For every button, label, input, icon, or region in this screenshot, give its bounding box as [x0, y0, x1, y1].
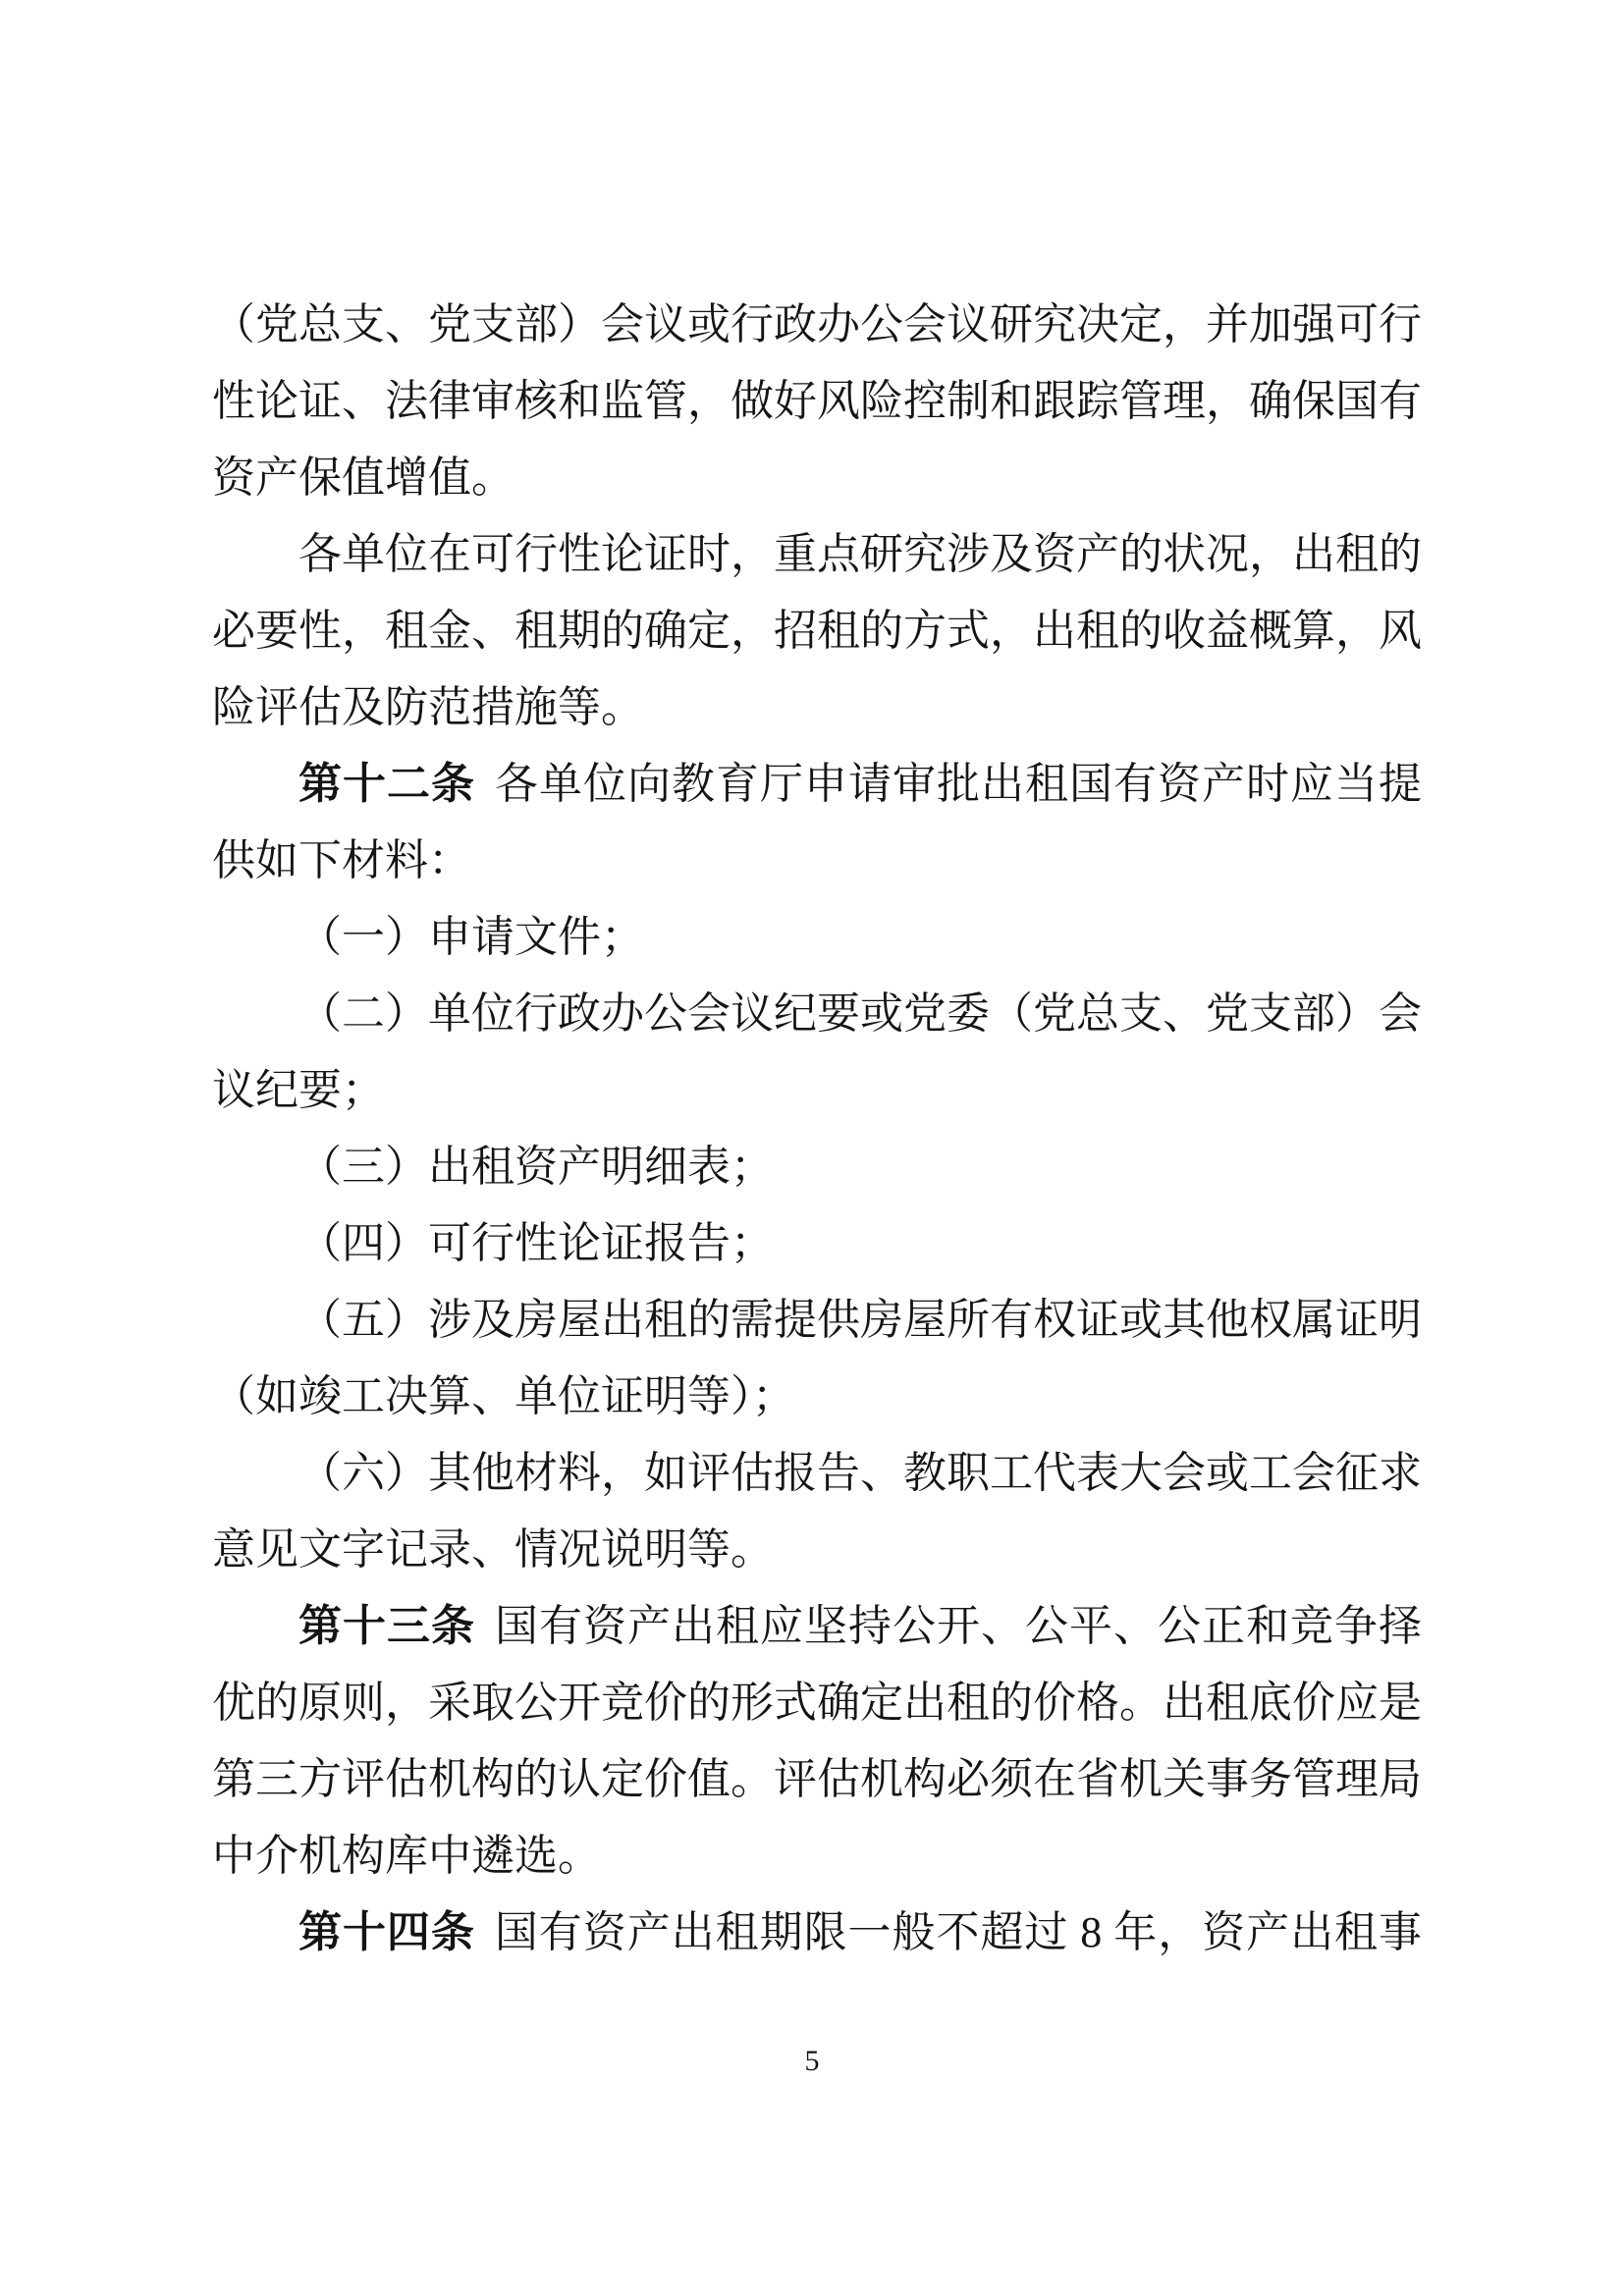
article-14-number: 第十四条	[298, 1908, 475, 1956]
article-13-number: 第十三条	[298, 1602, 475, 1650]
text-line: 各单位在可行性论证时，重点研究涉及资产的状况，出租的	[212, 516, 1422, 593]
text-line-item-5: （五）涉及房屋出租的需提供房屋所有权证或其他权属证明	[212, 1282, 1422, 1359]
text-line: 性论证、法律审核和监管，做好风险控制和跟踪管理，确保国有	[212, 363, 1422, 440]
article-13-text: 国有资产出租应坚持公开、公平、公正和竞争择	[495, 1602, 1422, 1650]
text-line: 资产保值增值。	[212, 440, 1422, 516]
text-line-article-14: 第十四条国有资产出租期限一般不超过 8 年，资产出租事	[212, 1895, 1422, 1971]
page-number: 5	[0, 2044, 1624, 2079]
text-line: 议纪要；	[212, 1052, 1422, 1129]
text-line-item-4: （四）可行性论证报告；	[212, 1205, 1422, 1282]
document-body: （党总支、党支部）会议或行政办公会议研究决定，并加强可行 性论证、法律审核和监管…	[212, 287, 1422, 1971]
article-14-text: 国有资产出租期限一般不超过 8 年，资产出租事	[495, 1908, 1422, 1956]
text-line-article-12: 第十二条各单位向教育厅申请审批出租国有资产时应当提	[212, 746, 1422, 823]
text-line: 险评估及防范措施等。	[212, 669, 1422, 746]
document-page: （党总支、党支部）会议或行政办公会议研究决定，并加强可行 性论证、法律审核和监管…	[0, 0, 1624, 2296]
text-line: 供如下材料：	[212, 823, 1422, 899]
article-12-text: 各单位向教育厅申请审批出租国有资产时应当提	[495, 760, 1422, 808]
text-line: 必要性，租金、租期的确定，招租的方式，出租的收益概算，风	[212, 593, 1422, 669]
text-line: 优的原则，采取公开竞价的形式确定出租的价格。出租底价应是	[212, 1665, 1422, 1741]
text-line: 第三方评估机构的认定价值。评估机构必须在省机关事务管理局	[212, 1741, 1422, 1818]
text-line-item-2: （二）单位行政办公会议纪要或党委（党总支、党支部）会	[212, 976, 1422, 1052]
article-12-number: 第十二条	[298, 760, 475, 808]
text-line-item-1: （一）申请文件；	[212, 899, 1422, 976]
text-line-article-13: 第十三条国有资产出租应坚持公开、公平、公正和竞争择	[212, 1588, 1422, 1665]
text-line: 意见文字记录、情况说明等。	[212, 1512, 1422, 1588]
text-line-item-3: （三）出租资产明细表；	[212, 1129, 1422, 1205]
text-line-item-6: （六）其他材料，如评估报告、教职工代表大会或工会征求	[212, 1435, 1422, 1512]
text-line: （如竣工决算、单位证明等）；	[212, 1359, 1422, 1435]
text-line: 中介机构库中遴选。	[212, 1818, 1422, 1895]
text-line: （党总支、党支部）会议或行政办公会议研究决定，并加强可行	[212, 287, 1422, 363]
